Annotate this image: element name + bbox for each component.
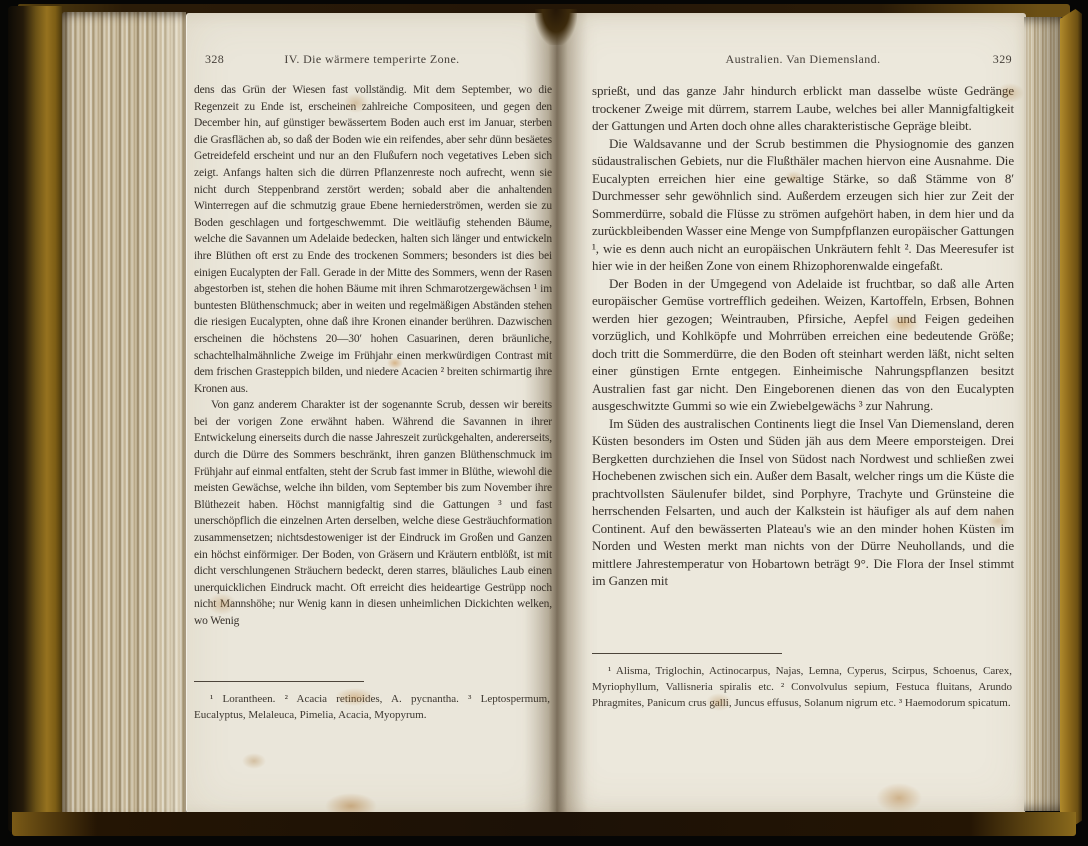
footnote-separator-rule — [592, 653, 782, 654]
right-page-header: Australien. Van Diemensland. 329 — [592, 13, 1014, 68]
left-footnote-block: ¹ Lorantheen. ² Acacia retinoides, A. py… — [194, 681, 550, 723]
right-footnote: ¹ Alisma, Triglochin, Actinocarpus, Naja… — [592, 663, 1012, 711]
paragraph: Der Boden in der Umgegend von Adelaide i… — [592, 275, 1014, 415]
foxing-stain — [242, 753, 266, 769]
right-page-number: 329 — [993, 52, 1012, 67]
right-page-body: sprießt, und das ganze Jahr hindurch erb… — [592, 82, 1014, 590]
right-cover-board — [1060, 9, 1082, 827]
foxing-stain — [876, 783, 922, 813]
left-page-body: dens das Grün der Wiesen fast vollständi… — [194, 82, 552, 630]
left-running-title: IV. Die wärmere temperirte Zone. — [193, 52, 551, 67]
left-cover-board — [8, 6, 62, 832]
left-page-header: 328 IV. Die wärmere temperirte Zone. — [193, 13, 551, 68]
footnote-separator-rule — [194, 681, 364, 682]
right-page-surface: Australien. Van Diemensland. 329 sprießt… — [556, 13, 1026, 813]
right-running-title: Australien. Van Diemensland. — [592, 52, 1014, 67]
paragraph: dens das Grün der Wiesen fast vollständi… — [194, 82, 552, 397]
left-footnote: ¹ Lorantheen. ² Acacia retinoides, A. py… — [194, 691, 550, 723]
paragraph: sprießt, und das ganze Jahr hindurch erb… — [592, 82, 1014, 135]
right-footnote-block: ¹ Alisma, Triglochin, Actinocarpus, Naja… — [592, 653, 1012, 711]
left-page-surface: 328 IV. Die wärmere temperirte Zone. den… — [187, 13, 557, 815]
paragraph: Von ganz anderem Charakter ist der sogen… — [194, 397, 552, 629]
book-bottom-binding-edge — [12, 812, 1076, 836]
open-book: 328 IV. Die wärmere temperirte Zone. den… — [8, 4, 1082, 838]
left-page-stack-edge — [62, 12, 186, 822]
paragraph: Im Süden des australischen Continents li… — [592, 415, 1014, 590]
left-page: 328 IV. Die wärmere temperirte Zone. den… — [186, 13, 557, 815]
right-page-stack-edge — [1024, 17, 1062, 811]
paragraph: Die Waldsavanne und der Scrub bestimmen … — [592, 135, 1014, 275]
right-page: Australien. Van Diemensland. 329 sprießt… — [556, 13, 1026, 813]
left-page-number: 328 — [205, 52, 224, 67]
